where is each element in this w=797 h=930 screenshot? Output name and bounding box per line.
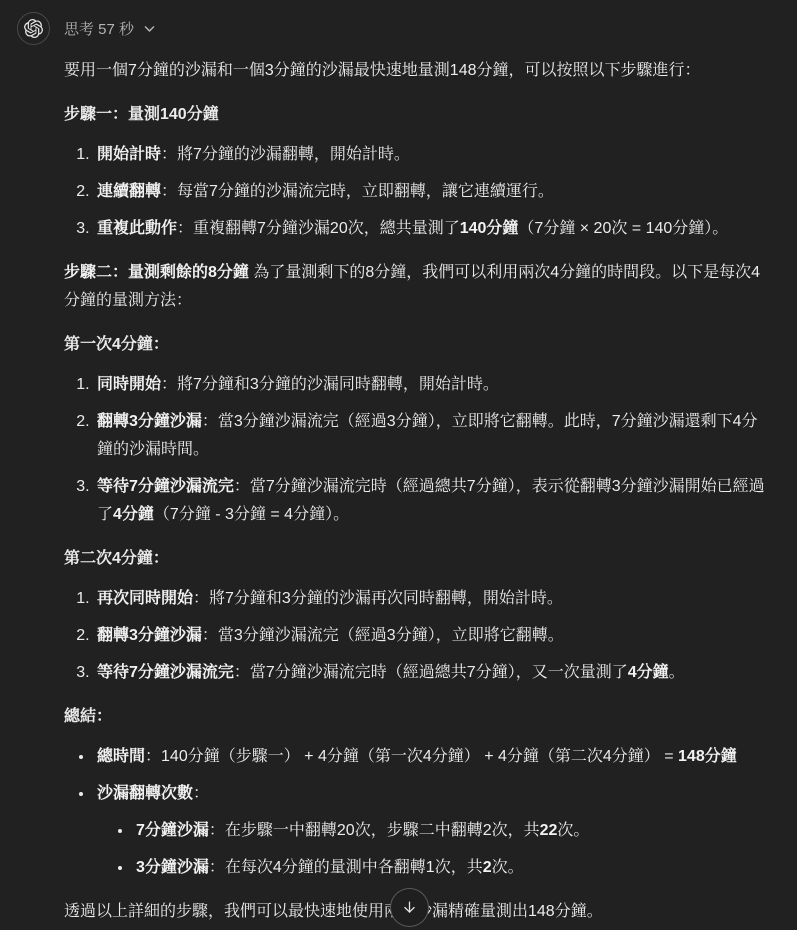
item-label: 沙漏翻轉次數 [97,785,193,802]
list-item: 等待7分鐘沙漏流完：當7分鐘沙漏流完時（經過總共7分鐘），表示從翻轉3分鐘沙漏開… [94,473,770,529]
list-item: 再次同時開始：將7分鐘和3分鐘的沙漏再次同時翻轉，開始計時。 [94,585,770,613]
thought-duration-toggle[interactable]: 思考 57 秒 [64,12,156,45]
scroll-to-bottom-button[interactable] [390,888,429,927]
item-text: ：在每次4分鐘的量測中各翻轉1次，共 [209,859,483,876]
list-item: 同時開始：將7分鐘和3分鐘的沙漏同時翻轉，開始計時。 [94,371,770,399]
item-strong: 140分鐘 [460,220,519,237]
item-text: ：140分鐘（步驟一） + 4分鐘（第一次4分鐘） + 4分鐘（第二次4分鐘） … [145,748,678,765]
list-item: 連續翻轉：每當7分鐘的沙漏流完時，立即翻轉，讓它連續運行。 [94,178,770,206]
list-item: 重複此動作：重複翻轉7分鐘沙漏20次，總共量測了140分鐘（7分鐘 × 20次 … [94,215,770,243]
item-text: ：將7分鐘的沙漏翻轉，開始計時。 [161,146,410,163]
item-tail: 次。 [557,822,589,839]
first4-list: 同時開始：將7分鐘和3分鐘的沙漏同時翻轉，開始計時。 翻轉3分鐘沙漏：當3分鐘沙… [64,371,770,529]
list-item: 開始計時：將7分鐘的沙漏翻轉，開始計時。 [94,141,770,169]
list-item: 等待7分鐘沙漏流完：當7分鐘沙漏流完時（經過總共7分鐘），又一次量測了4分鐘。 [94,659,770,687]
item-tail: 。 [669,664,685,681]
first4-heading: 第一次4分鐘： [64,331,770,359]
item-text: ：每當7分鐘的沙漏流完時，立即翻轉，讓它連續運行。 [161,183,554,200]
item-text: ：當3分鐘沙漏流完（經過3分鐘），立即將它翻轉。 [202,627,564,644]
openai-logo-icon [24,19,43,38]
item-strong: 2 [483,859,492,876]
item-label: 總時間 [97,748,145,765]
assistant-message: 思考 57 秒 要用一個7分鐘的沙漏和一個3分鐘的沙漏最快速地量測148分鐘，可… [0,0,797,926]
item-label: 等待7分鐘沙漏流完 [97,664,234,681]
flip-counts-sublist: 7分鐘沙漏：在步驟一中翻轉20次，步驟二中翻轉2次，共22次。 3分鐘沙漏：在每… [97,817,770,882]
chevron-down-icon [143,22,156,35]
item-text: ：將7分鐘和3分鐘的沙漏再次同時翻轉，開始計時。 [193,590,563,607]
step1-heading: 步驟一：量測140分鐘 [64,101,770,129]
item-tail: （7分鐘 × 20次 = 140分鐘）。 [518,220,728,237]
list-item: 沙漏翻轉次數： 7分鐘沙漏：在步驟一中翻轉20次，步驟二中翻轉2次，共22次。 … [94,780,770,882]
item-text: ：重複翻轉7分鐘沙漏20次，總共量測了 [177,220,460,237]
item-label: 開始計時 [97,146,161,163]
item-text: ：在步驟一中翻轉20次，步驟二中翻轉2次，共 [209,822,540,839]
item-text: ：將7分鐘和3分鐘的沙漏同時翻轉，開始計時。 [161,376,499,393]
assistant-avatar [17,12,50,45]
item-label: 連續翻轉 [97,183,161,200]
item-label: 7分鐘沙漏 [136,822,209,839]
item-strong: 4分鐘 [113,506,154,523]
item-label: 3分鐘沙漏 [136,859,209,876]
list-item: 總時間：140分鐘（步驟一） + 4分鐘（第一次4分鐘） + 4分鐘（第二次4分… [94,743,770,771]
item-strong: 22 [540,822,558,839]
list-item: 翻轉3分鐘沙漏：當3分鐘沙漏流完（經過3分鐘），立即將它翻轉。 [94,622,770,650]
summary-heading: 總結： [64,703,770,731]
thought-duration-label: 思考 57 秒 [64,18,134,39]
second4-list: 再次同時開始：將7分鐘和3分鐘的沙漏再次同時翻轉，開始計時。 翻轉3分鐘沙漏：當… [64,585,770,687]
arrow-down-icon [401,899,418,916]
list-item: 翻轉3分鐘沙漏：當3分鐘沙漏流完（經過3分鐘），立即將它翻轉。此時，7分鐘沙漏還… [94,408,770,464]
item-tail: （7分鐘 - 3分鐘 = 4分鐘）。 [154,506,349,523]
item-label: 等待7分鐘沙漏流完 [97,478,234,495]
item-tail: 次。 [492,859,524,876]
item-strong: 148分鐘 [678,748,737,765]
intro-paragraph: 要用一個7分鐘的沙漏和一個3分鐘的沙漏最快速地量測148分鐘，可以按照以下步驟進… [64,57,770,85]
item-text: ： [193,785,209,802]
second4-heading: 第二次4分鐘： [64,545,770,573]
summary-list: 總時間：140分鐘（步驟一） + 4分鐘（第一次4分鐘） + 4分鐘（第二次4分… [64,743,770,882]
item-strong: 4分鐘 [628,664,669,681]
item-text: ：當7分鐘沙漏流完時（經過總共7分鐘），又一次量測了 [234,664,628,681]
item-label: 重複此動作 [97,220,177,237]
list-item: 7分鐘沙漏：在步驟一中翻轉20次，步驟二中翻轉2次，共22次。 [133,817,770,845]
item-label: 翻轉3分鐘沙漏 [97,627,202,644]
step1-list: 開始計時：將7分鐘的沙漏翻轉，開始計時。 連續翻轉：每當7分鐘的沙漏流完時，立即… [64,141,770,243]
step2-heading: 步驟二：量測剩餘的8分鐘 [64,264,249,281]
step2-paragraph: 步驟二：量測剩餘的8分鐘 為了量測剩下的8分鐘，我們可以利用兩次4分鐘的時間段。… [64,259,770,315]
item-label: 再次同時開始 [97,590,193,607]
item-label: 同時開始 [97,376,161,393]
list-item: 3分鐘沙漏：在每次4分鐘的量測中各翻轉1次，共2次。 [133,854,770,882]
item-label: 翻轉3分鐘沙漏 [97,413,202,430]
